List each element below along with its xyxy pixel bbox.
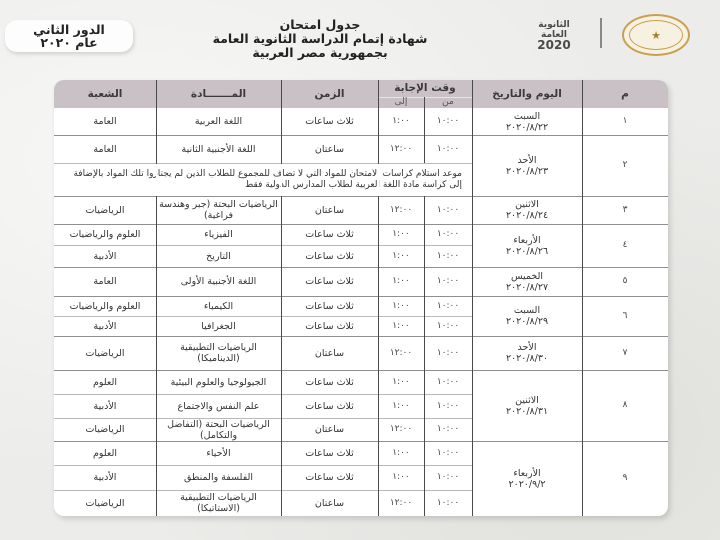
duration: ثلاث ساعات — [281, 245, 378, 267]
row-day-date: الاثنين٢٠٢٠/٨/٢٤ — [472, 196, 582, 224]
row-number: ٧ — [582, 336, 668, 370]
branch: الرياضيات — [54, 336, 156, 370]
day-name: الخميس — [511, 271, 543, 282]
subject: التاريخ — [158, 245, 279, 267]
subject: الجيولوجيا والعلوم البيئية — [158, 370, 279, 394]
note-mask — [156, 164, 157, 196]
branch: الرياضيات — [54, 490, 156, 516]
duration: ساعتان — [281, 196, 378, 224]
title-line-2: شهادة إتمام الدراسة الثانوية العامة — [190, 32, 450, 46]
branch: الأدبية — [54, 465, 156, 490]
time-to: ١٢:٠٠ — [378, 196, 424, 224]
subject: الفلسفة والمنطق — [158, 465, 279, 490]
time-from: ١٠:٠٠ — [424, 196, 472, 224]
exam-date: ٢٠٢٠/٩/٢ — [508, 479, 545, 490]
branch: الأدبية — [54, 245, 156, 267]
subject: اللغة الأجنبية الثانية — [158, 135, 279, 163]
row-number: ٣ — [582, 196, 668, 224]
row-day-date: الأحد٢٠٢٠/٨/٢٣ — [472, 135, 582, 196]
duration: ساعتان — [281, 490, 378, 516]
time-to: ١:٠٠ — [378, 108, 424, 135]
day-name: الأربعاء — [513, 468, 540, 479]
duration: ثلاث ساعات — [281, 296, 378, 316]
time-from: ١٠:٠٠ — [424, 441, 472, 465]
day-name: الأربعاء — [513, 235, 540, 246]
page-title: جدول امتحان شهادة إتمام الدراسة الثانوية… — [190, 18, 450, 60]
time-from: ١٠:٠٠ — [424, 296, 472, 316]
header-to: إلى — [378, 97, 424, 108]
time-from: ١٠:٠٠ — [424, 336, 472, 370]
duration: ثلاث ساعات — [281, 465, 378, 490]
time-from: ١٠:٠٠ — [424, 267, 472, 296]
logo-divider — [600, 18, 602, 48]
row-number: ٤ — [582, 224, 668, 267]
logo-text: الثانوية العامة — [538, 20, 569, 40]
column-divider — [378, 80, 379, 516]
column-divider — [424, 196, 425, 516]
duration: ثلاث ساعات — [281, 370, 378, 394]
duration: ساعتان — [281, 135, 378, 163]
day-name: الأحد — [518, 155, 537, 166]
exam-date: ٢٠٢٠/٨/٢٦ — [506, 246, 548, 257]
note-mask — [281, 164, 282, 196]
note-mask — [378, 164, 379, 196]
time-from: ١٠:٠٠ — [424, 108, 472, 135]
subject: الرياضيات التطبيقية (الديناميكا) — [158, 336, 279, 370]
time-from: ١٠:٠٠ — [424, 316, 472, 336]
time-to: ١:٠٠ — [378, 441, 424, 465]
header-answer-time: وقت الإجابة — [378, 80, 472, 97]
time-from: ١٠:٠٠ — [424, 370, 472, 394]
row-day-date: الاثنين٢٠٢٠/٨/٣١ — [472, 370, 582, 441]
ministry-seal-icon: ★ — [622, 14, 690, 56]
thanaweya-logo: الثانوية العامة 2020 — [530, 20, 578, 50]
branch: العلوم والرياضيات — [54, 224, 156, 245]
exam-round-badge: الدور الثاني عام ٢٠٢٠ — [5, 20, 133, 52]
duration: ثلاث ساعات — [281, 441, 378, 465]
time-to: ١:٠٠ — [378, 296, 424, 316]
exam-date: ٢٠٢٠/٨/٢٤ — [506, 210, 548, 221]
subject: الرياضيات البحتة (جبر وهندسة فراغية) — [158, 196, 279, 224]
day-name: السبت — [514, 111, 540, 122]
branch: الرياضيات — [54, 196, 156, 224]
time-to: ١:٠٠ — [378, 465, 424, 490]
time-to: ١:٠٠ — [378, 245, 424, 267]
subject: الرياضيات البحتة (التفاضل والتكامل) — [158, 418, 279, 441]
time-to: ١:٠٠ — [378, 224, 424, 245]
time-to: ١٢:٠٠ — [378, 490, 424, 516]
branch: العلوم والرياضيات — [54, 296, 156, 316]
duration: ثلاث ساعات — [281, 108, 378, 135]
column-divider — [424, 97, 425, 163]
day-name: الاثنين — [515, 199, 539, 210]
column-divider — [582, 80, 583, 516]
row-number: ٨ — [582, 370, 668, 441]
subject: اللغة العربية — [158, 108, 279, 135]
column-divider — [472, 80, 473, 516]
column-divider — [281, 80, 282, 516]
day-name: الاثنين — [515, 395, 539, 406]
time-to: ١:٠٠ — [378, 316, 424, 336]
branch: الأدبية — [54, 394, 156, 418]
time-from: ١٠:٠٠ — [424, 224, 472, 245]
header-from: من — [424, 97, 472, 108]
subject: الرياضيات التطبيقية (الاستاتيكا) — [158, 490, 279, 516]
row-day-date: الأربعاء٢٠٢٠/٨/٢٦ — [472, 224, 582, 267]
time-from: ١٠:٠٠ — [424, 245, 472, 267]
branch: العلوم — [54, 370, 156, 394]
time-to: ١:٠٠ — [378, 267, 424, 296]
duration: ثلاث ساعات — [281, 394, 378, 418]
row-number: ١ — [582, 108, 668, 135]
branch: العامة — [54, 135, 156, 163]
subject: الكيمياء — [158, 296, 279, 316]
header-day-date: اليوم والتاريخ — [472, 80, 582, 108]
exam-date: ٢٠٢٠/٨/٣١ — [506, 406, 548, 417]
duration: ثلاث ساعات — [281, 267, 378, 296]
row-number: ٩ — [582, 441, 668, 516]
exam-date: ٢٠٢٠/٨/٢٣ — [506, 166, 548, 177]
exam-date: ٢٠٢٠/٨/٣٠ — [506, 353, 548, 364]
schedule-note: موعد استلام كراسات الامتحان للمواد التي … — [58, 163, 468, 196]
time-to: ١:٠٠ — [378, 370, 424, 394]
time-from: ١٠:٠٠ — [424, 135, 472, 163]
day-name: السبت — [514, 305, 540, 316]
time-to: ١٢:٠٠ — [378, 418, 424, 441]
exam-date: ٢٠٢٠/٨/٢٧ — [506, 282, 548, 293]
branch: العامة — [54, 108, 156, 135]
time-from: ١٠:٠٠ — [424, 465, 472, 490]
header-branch: الشعبة — [54, 80, 156, 108]
duration: ساعتان — [281, 418, 378, 441]
row-day-date: السبت٢٠٢٠/٨/٢٩ — [472, 296, 582, 336]
duration: ثلاث ساعات — [281, 316, 378, 336]
duration: ثلاث ساعات — [281, 224, 378, 245]
row-day-date: الأربعاء٢٠٢٠/٩/٢ — [472, 441, 582, 516]
logo-year: 2020 — [530, 40, 578, 50]
subject: الجغرافيا — [158, 316, 279, 336]
branch: الأدبية — [54, 316, 156, 336]
exam-date: ٢٠٢٠/٨/٢٩ — [506, 316, 548, 327]
badge-year: عام ٢٠٢٠ — [5, 36, 133, 49]
time-to: ١٢:٠٠ — [378, 135, 424, 163]
time-from: ١٠:٠٠ — [424, 418, 472, 441]
row-day-date: الأحد٢٠٢٠/٨/٣٠ — [472, 336, 582, 370]
branch: الرياضيات — [54, 418, 156, 441]
title-line-1: جدول امتحان — [190, 18, 450, 32]
branch: العامة — [54, 267, 156, 296]
subject: علم النفس والاجتماع — [158, 394, 279, 418]
row-day-date: الخميس٢٠٢٠/٨/٢٧ — [472, 267, 582, 296]
header-subject: المـــــــادة — [156, 80, 281, 108]
row-number: ٦ — [582, 296, 668, 336]
header-num: م — [582, 80, 668, 108]
title-line-3: بجمهورية مصر العربية — [190, 46, 450, 60]
column-divider — [156, 80, 157, 516]
day-name: الأحد — [518, 342, 537, 353]
time-from: ١٠:٠٠ — [424, 394, 472, 418]
row-number: ٢ — [582, 135, 668, 196]
duration: ساعتان — [281, 336, 378, 370]
time-to: ١٢:٠٠ — [378, 336, 424, 370]
time-to: ١:٠٠ — [378, 394, 424, 418]
branch: العلوم — [54, 441, 156, 465]
subject: اللغة الأجنبية الأولى — [158, 267, 279, 296]
exam-date: ٢٠٢٠/٨/٢٢ — [506, 122, 548, 133]
time-from: ١٠:٠٠ — [424, 490, 472, 516]
exam-schedule-table: الشعبةالمـــــــادةالزمنوقت الإجابةإلىمن… — [54, 80, 668, 516]
row-day-date: السبت٢٠٢٠/٨/٢٢ — [472, 108, 582, 135]
subject: الأحياء — [158, 441, 279, 465]
subject: الفيزياء — [158, 224, 279, 245]
eagle-emblem-icon: ★ — [629, 20, 683, 50]
row-number: ٥ — [582, 267, 668, 296]
header-duration: الزمن — [281, 80, 378, 108]
